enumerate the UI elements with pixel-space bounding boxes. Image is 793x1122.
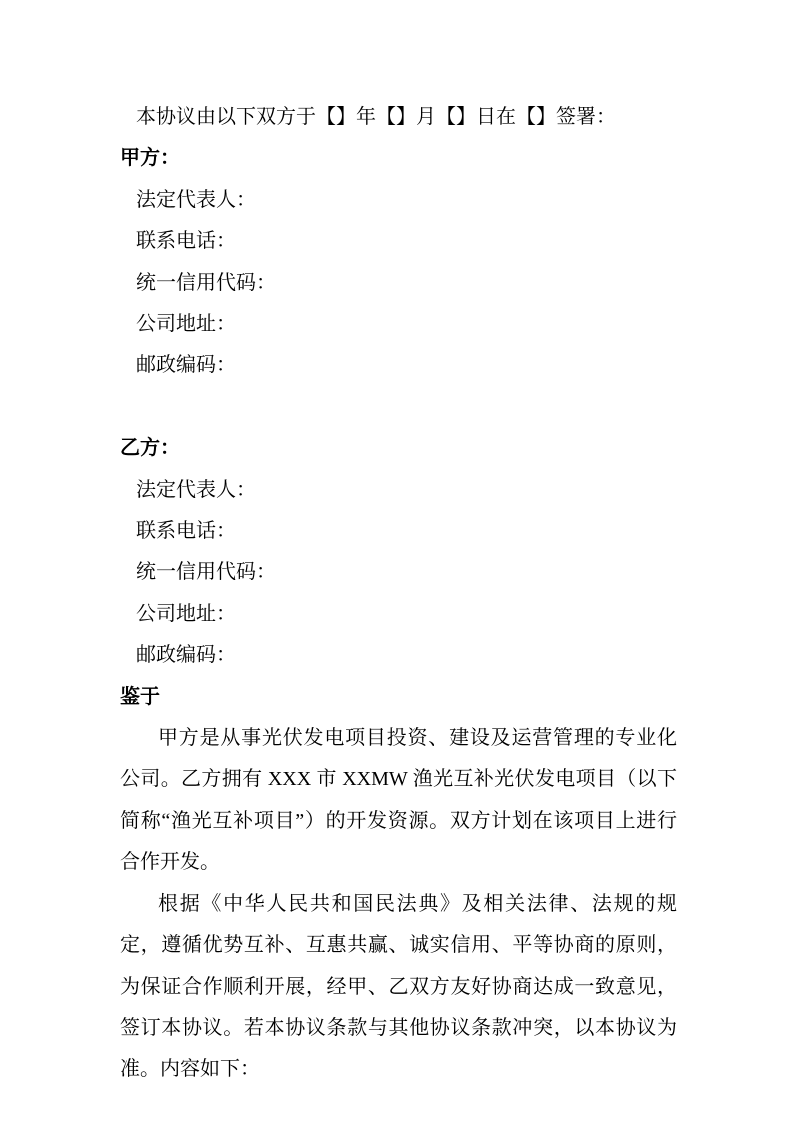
party-a-address-label: 公司地址： [120,304,677,345]
whereas-paragraph-2: 根据《中华人民共和国民法典》及相关法律、法规的规定，遵循优势互补、互惠共赢、诚实… [120,884,677,1091]
party-a-heading: 甲方： [120,138,677,179]
document-page: 本协议由以下双方于【】年【】月【】日在【】签署： 甲方： 法定代表人： 联系电话… [0,0,793,1122]
party-b-address-label: 公司地址： [120,594,677,635]
party-b-legal-representative-label: 法定代表人： [120,470,677,511]
party-b-credit-code-label: 统一信用代码： [120,552,677,593]
opening-line: 本协议由以下双方于【】年【】月【】日在【】签署： [120,97,677,138]
blank-line [120,387,677,428]
document-content: 本协议由以下双方于【】年【】月【】日在【】签署： 甲方： 法定代表人： 联系电话… [0,0,793,1122]
party-a-credit-code-label: 统一信用代码： [120,263,677,304]
party-b-phone-label: 联系电话： [120,511,677,552]
whereas-heading: 鉴于 [120,677,677,718]
party-b-heading: 乙方： [120,428,677,469]
party-b-postal-code-label: 邮政编码： [120,635,677,676]
party-a-legal-representative-label: 法定代表人： [120,180,677,221]
party-a-phone-label: 联系电话： [120,221,677,262]
party-a-postal-code-label: 邮政编码： [120,345,677,386]
whereas-paragraph-1: 甲方是从事光伏发电项目投资、建设及运营管理的专业化公司。乙方拥有 XXX 市 X… [120,718,677,884]
